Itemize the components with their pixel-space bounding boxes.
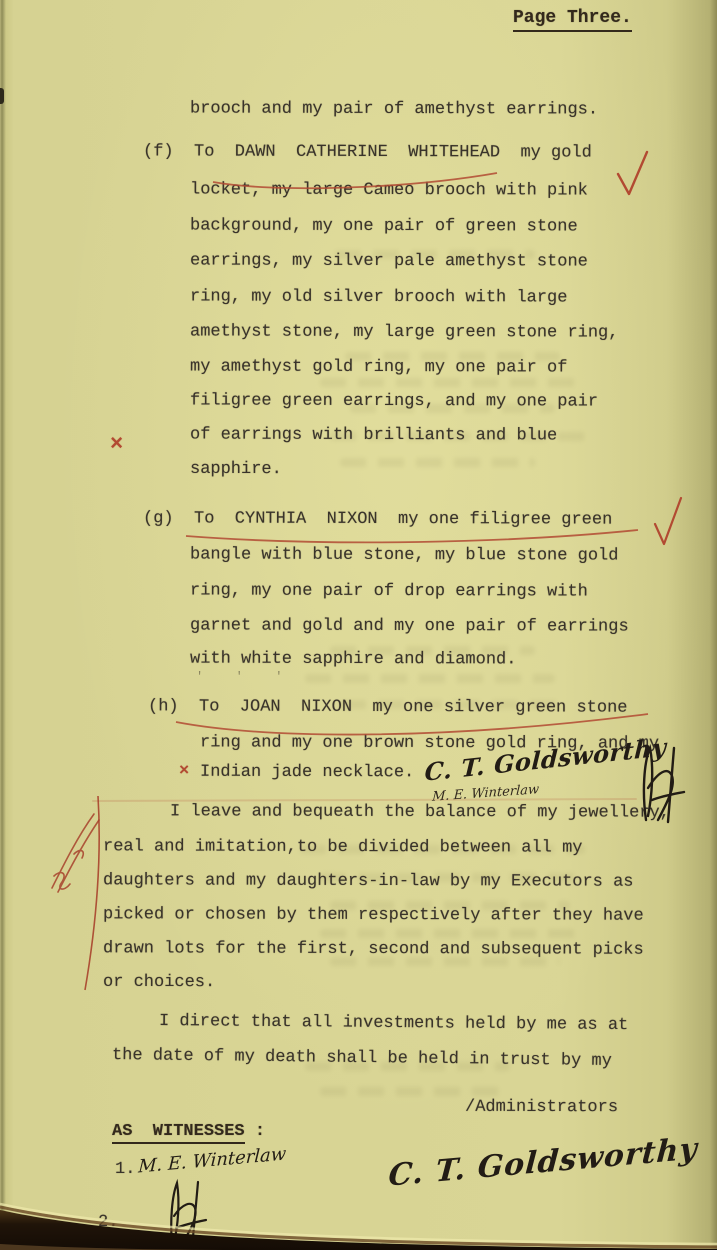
typed-line: background, my one pair of green stone	[190, 216, 578, 237]
red-margin-scribble	[44, 806, 106, 898]
typed-line: locket, my large Cameo brooch with pink	[190, 180, 588, 201]
paper-edge-mark	[0, 88, 4, 104]
red-pen-artifact	[92, 798, 637, 802]
typed-line: daughters and my daughters-in-law by my …	[103, 871, 634, 892]
typed-line: of earrings with brilliants and blue	[190, 426, 557, 447]
pencil-tick-marks: ' ' '	[196, 670, 288, 684]
signature-winterlaw-witness1: M. E. Winterlaw	[138, 1143, 287, 1177]
signature-winterlaw-inline: M. E. Winterlaw	[432, 782, 540, 805]
typed-line-clause-h: (h) To JOAN NIXON my one silver green st…	[148, 697, 628, 718]
red-margin-line	[78, 792, 110, 994]
typed-line: Indian jade necklace.	[200, 763, 414, 784]
typed-line: garnet and gold and my one pair of earri…	[190, 616, 629, 637]
typed-line: ring, my old silver brooch with large	[190, 288, 568, 309]
typed-line: sapphire.	[190, 460, 282, 480]
initials-scrawl-icon	[162, 1178, 214, 1250]
red-checkmark-icon	[610, 144, 658, 200]
witnesses-colon: :	[245, 1122, 265, 1141]
typed-line: or choices.	[103, 973, 215, 993]
typed-line: real and imitation,to be divided between…	[103, 837, 583, 858]
bleedthrough-artifact	[340, 458, 535, 467]
typed-line: with white sapphire and diamond.	[190, 650, 517, 671]
bleedthrough-artifact	[320, 378, 575, 387]
typed-line: the date of my death shall be held in tr…	[112, 1046, 612, 1072]
signature-goldsworthy-bottom: C. T. Goldsworthy	[387, 1131, 699, 1193]
witnesses-heading-text: AS WITNESSES	[112, 1122, 245, 1144]
red-cross-mark: ×	[110, 432, 123, 457]
witnesses-heading: AS WITNESSES :	[112, 1122, 265, 1141]
typed-line: bangle with blue stone, my blue stone go…	[190, 545, 619, 566]
administrators-note: /Administrators	[465, 1098, 618, 1118]
typed-line: picked or chosen by them respectively af…	[103, 905, 644, 926]
bleedthrough-artifact	[305, 674, 555, 683]
typed-line: I leave and bequeath the balance of my j…	[170, 802, 670, 823]
typed-line: amethyst stone, my large green stone rin…	[190, 322, 619, 343]
red-checkmark-icon	[648, 492, 688, 550]
witness1-number: 1.	[115, 1160, 135, 1180]
typed-line: brooch and my pair of amethyst earrings.	[190, 99, 598, 120]
typed-line: filigree green earrings, and my one pair	[190, 391, 598, 412]
scanned-will-page: Page Three. brooch and my pair of amethy…	[0, 0, 717, 1250]
bleedthrough-artifact	[320, 1087, 505, 1096]
page-number: Page Three.	[513, 8, 632, 32]
typed-line-clause-g: (g) To CYNTHIA NIXON my one filigree gre…	[143, 509, 612, 530]
typed-line: drawn lots for the first, second and sub…	[103, 939, 644, 960]
typed-line: earrings, my silver pale amethyst stone	[190, 251, 588, 272]
typed-line: I direct that all investments held by me…	[159, 1012, 628, 1036]
typed-line: my amethyst gold ring, my one pair of	[190, 358, 568, 379]
red-cross-mark: ×	[179, 762, 189, 781]
bleedthrough-artifact	[320, 929, 575, 938]
witness2-number: 2.	[98, 1213, 118, 1233]
typed-line-clause-f: (f) To DAWN CATHERINE WHITEHEAD my gold	[143, 142, 592, 163]
typed-line: ring, my one pair of drop earrings with	[190, 581, 588, 602]
